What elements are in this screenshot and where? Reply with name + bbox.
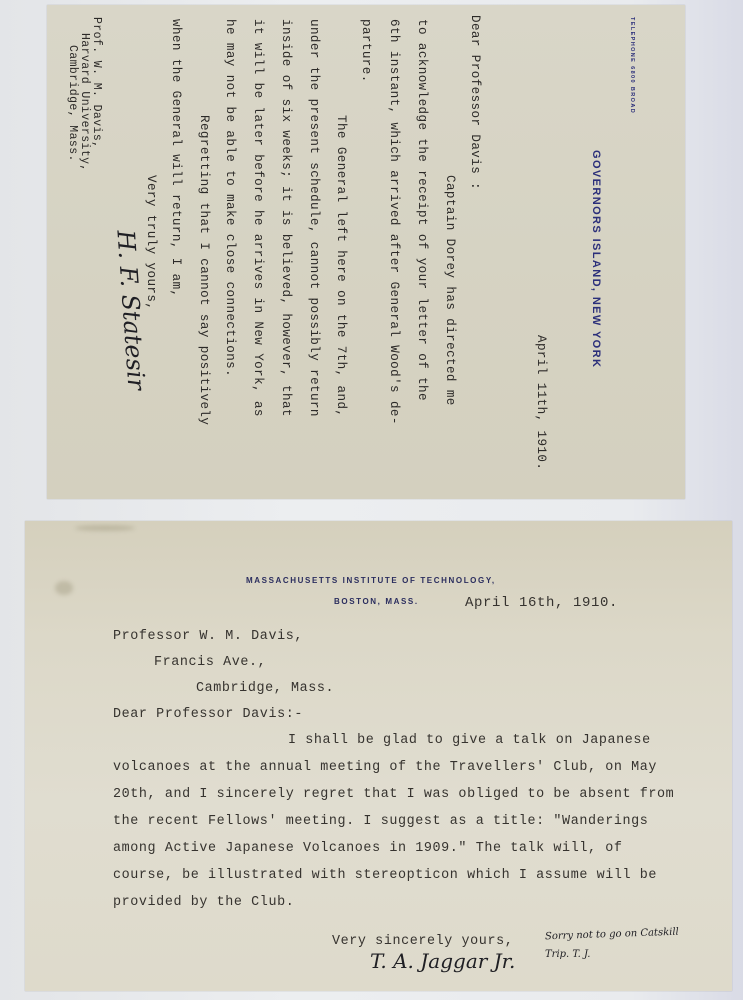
body-line: course, be illustrated with stereopticon… xyxy=(113,868,657,883)
body-line: among Active Japanese Volcanoes in 1909.… xyxy=(113,841,623,856)
body-line: under the present schedule, cannot possi… xyxy=(307,19,321,417)
letter-date: April 11th, 1910. xyxy=(534,335,548,470)
body-line: to acknowledge the receipt of your lette… xyxy=(415,19,429,401)
handwritten-note-line: Trip. T. J. xyxy=(545,949,590,960)
body-line: provided by the Club. xyxy=(113,895,294,910)
letterhead-city: BOSTON, MASS. xyxy=(334,597,419,606)
letter-date: April 16th, 1910. xyxy=(465,595,618,611)
closing: Very truly yours, xyxy=(144,175,158,310)
address-line: Francis Ave., xyxy=(154,655,266,670)
mit-letter: MASSACHUSETTS INSTITUTE OF TECHNOLOGY, B… xyxy=(25,521,732,991)
body-line: I shall be glad to give a talk on Japane… xyxy=(288,733,651,748)
body-line: Regretting that I cannot say positively xyxy=(197,115,211,425)
rotated-letter-content: TELEPHONE 6800 BROAD GOVERNORS ISLAND, N… xyxy=(47,5,685,499)
address-line: Cambridge, Mass. xyxy=(196,681,334,696)
letterhead: MASSACHUSETTS INSTITUTE OF TECHNOLOGY, xyxy=(246,576,496,585)
body-line: the recent Fellows' meeting. I suggest a… xyxy=(113,814,648,829)
stain xyxy=(55,581,73,595)
body-line: it will be later before he arrives in Ne… xyxy=(251,19,265,417)
address-line: Professor W. M. Davis, xyxy=(113,629,303,644)
body-line: parture. xyxy=(359,19,373,83)
stain xyxy=(75,525,135,531)
body-line: inside of six weeks; it is believed, how… xyxy=(279,19,293,417)
body-line: volcanoes at the annual meeting of the T… xyxy=(113,760,657,775)
letterhead: GOVERNORS ISLAND, NEW YORK xyxy=(590,150,602,368)
addressee-line: Harvard University, xyxy=(78,33,91,172)
body-line: 20th, and I sincerely regret that I was … xyxy=(113,787,674,802)
governors-island-letter: TELEPHONE 6800 BROAD GOVERNORS ISLAND, N… xyxy=(47,5,685,499)
signature: T. A. Jaggar Jr. xyxy=(370,949,515,973)
closing: Very sincerely yours, xyxy=(332,934,513,949)
addressee-line: Cambridge, Mass. xyxy=(66,45,79,162)
addressee-line: Prof. W. M. Davis, xyxy=(90,17,103,148)
telephone-line: TELEPHONE 6800 BROAD xyxy=(629,17,635,114)
body-line: 6th instant, which arrived after General… xyxy=(387,19,401,425)
salutation: Dear Professor Davis : xyxy=(468,15,482,190)
body-line: when the General will return, I am, xyxy=(169,19,183,298)
body-line: he may not be able to make close connect… xyxy=(223,19,237,377)
body-line: The General left here on the 7th, and, xyxy=(334,115,348,417)
handwritten-note-line: Sorry not to go on Catskill xyxy=(545,927,679,943)
body-line: Captain Dorey has directed me xyxy=(443,175,457,406)
salutation: Dear Professor Davis:- xyxy=(113,707,303,722)
